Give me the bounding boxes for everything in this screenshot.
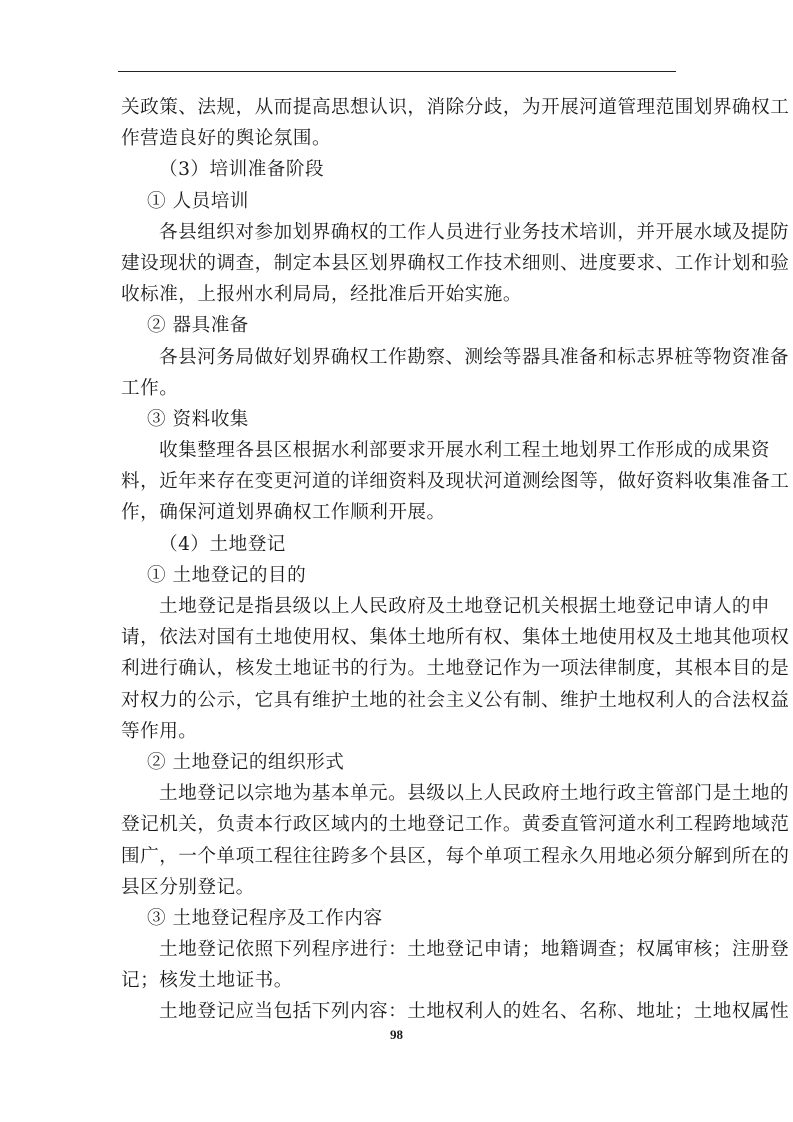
text-line: 县区分别登记。 — [121, 872, 677, 903]
text-line: 土地登记依照下列程序进行：土地登记申请；地籍调查；权属审核；注册登 — [121, 934, 677, 965]
subsection-heading: ① 人员培训 — [121, 186, 677, 217]
text-line: 请，依法对国有土地使用权、集体土地所有权、集体土地使用权及土地其他项权 — [121, 622, 677, 653]
paragraph: 收集整理各县区根据水利部要求开展水利工程土地划界工作形成的成果资 料，近年来存在… — [121, 435, 677, 529]
subheading-text: ② 器具准备 — [121, 310, 677, 341]
text-line: 土地登记以宗地为基本单元。县级以上人民政府土地行政主管部门是土地的 — [121, 778, 677, 809]
text-line: 各县组织对参加划界确权的工作人员进行业务技术培训，并开展水域及提防 — [121, 217, 677, 248]
text-line: 对权力的公示，它具有维护土地的社会主义公有制、维护土地权利人的合法权益 — [121, 685, 677, 716]
paragraph: 土地登记应当包括下列内容：土地权利人的姓名、名称、地址；土地权属性 — [121, 996, 677, 1027]
subsection-heading: ② 器具准备 — [121, 310, 677, 341]
paragraph: 土地登记依照下列程序进行：土地登记申请；地籍调查；权属审核；注册登 记；核发土地… — [121, 934, 677, 996]
subsection-heading: ① 土地登记的目的 — [121, 560, 677, 591]
heading-text: （3）培训准备阶段 — [121, 154, 677, 185]
text-line: 作，确保河道划界确权工作顺利开展。 — [121, 497, 677, 528]
text-line: 记；核发土地证书。 — [121, 965, 677, 996]
text-line: 作营造良好的舆论氛围。 — [121, 123, 677, 154]
paragraph: 关政策、法规，从而提高思想认识，消除分歧，为开展河道管理范围划界确权工 作营造良… — [121, 92, 677, 154]
text-line: 收标准，上报州水利局局，经批准后开始实施。 — [121, 279, 677, 310]
page-number: 98 — [0, 1027, 793, 1043]
section-heading: （3）培训准备阶段 — [121, 154, 677, 185]
text-line: 收集整理各县区根据水利部要求开展水利工程土地划界工作形成的成果资 — [121, 435, 677, 466]
text-line: 土地登记应当包括下列内容：土地权利人的姓名、名称、地址；土地权属性 — [121, 996, 677, 1027]
subheading-text: ① 土地登记的目的 — [121, 560, 677, 591]
text-line: 关政策、法规，从而提高思想认识，消除分歧，为开展河道管理范围划界确权工 — [121, 92, 677, 123]
heading-text: （4）土地登记 — [121, 529, 677, 560]
page-body: 关政策、法规，从而提高思想认识，消除分歧，为开展河道管理范围划界确权工 作营造良… — [121, 92, 677, 1028]
text-line: 围广，一个单项工程往往跨多个县区，每个单项工程永久用地必须分解到所在的 — [121, 841, 677, 872]
subheading-text: ③ 资料收集 — [121, 404, 677, 435]
subsection-heading: ③ 资料收集 — [121, 404, 677, 435]
subsection-heading: ③ 土地登记程序及工作内容 — [121, 903, 677, 934]
subsection-heading: ② 土地登记的组织形式 — [121, 747, 677, 778]
text-line: 登记机关，负责本行政区域内的土地登记工作。黄委直管河道水利工程跨地域范 — [121, 809, 677, 840]
text-line: 等作用。 — [121, 716, 677, 747]
text-line: 工作。 — [121, 373, 677, 404]
subheading-text: ① 人员培训 — [121, 186, 677, 217]
paragraph: 各县河务局做好划界确权工作勘察、测绘等器具准备和标志界桩等物资准备 工作。 — [121, 342, 677, 404]
text-line: 利进行确认，核发土地证书的行为。土地登记作为一项法律制度，其根本目的是 — [121, 653, 677, 684]
text-line: 土地登记是指县级以上人民政府及土地登记机关根据土地登记申请人的申 — [121, 591, 677, 622]
text-line: 料，近年来存在变更河道的详细资料及现状河道测绘图等，做好资料收集准备工 — [121, 466, 677, 497]
header-rule — [118, 71, 676, 72]
subheading-text: ② 土地登记的组织形式 — [121, 747, 677, 778]
text-line: 各县河务局做好划界确权工作勘察、测绘等器具准备和标志界桩等物资准备 — [121, 342, 677, 373]
paragraph: 土地登记是指县级以上人民政府及土地登记机关根据土地登记申请人的申 请，依法对国有… — [121, 591, 677, 747]
subheading-text: ③ 土地登记程序及工作内容 — [121, 903, 677, 934]
section-heading: （4）土地登记 — [121, 529, 677, 560]
text-line: 建设现状的调查，制定本县区划界确权工作技术细则、进度要求、工作计划和验 — [121, 248, 677, 279]
paragraph: 各县组织对参加划界确权的工作人员进行业务技术培训，并开展水域及提防 建设现状的调… — [121, 217, 677, 311]
paragraph: 土地登记以宗地为基本单元。县级以上人民政府土地行政主管部门是土地的 登记机关，负… — [121, 778, 677, 903]
